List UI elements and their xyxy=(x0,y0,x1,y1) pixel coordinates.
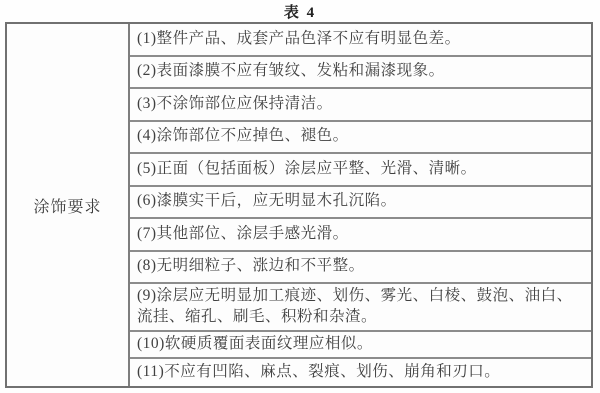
requirement-items-column: (1)整件产品、成套产品色泽不应有明显色差。 (2)表面漆膜不应有皱纹、发粘和漏… xyxy=(130,24,591,386)
table-row: (10)软硬质覆面表面纹理应相似。 xyxy=(130,332,591,359)
requirements-table: 涂饰要求 (1)整件产品、成套产品色泽不应有明显色差。 (2)表面漆膜不应有皱纹… xyxy=(5,22,593,388)
table-row: (5)正面（包括面板）涂层应平整、光滑、清晰。 xyxy=(130,154,591,187)
table-row: (11)不应有凹陷、麻点、裂痕、划伤、崩角和刃口。 xyxy=(130,359,591,386)
table-row: (3)不涂饰部位应保持清洁。 xyxy=(130,89,591,122)
table-row: (2)表面漆膜不应有皱纹、发粘和漏漆现象。 xyxy=(130,57,591,90)
table-row: (6)漆膜实干后，应无明显木孔沉陷。 xyxy=(130,187,591,220)
table-row: (8)无明细粒子、涨边和不平整。 xyxy=(130,252,591,285)
table-caption: 表 4 xyxy=(0,1,600,21)
table-row: (9)涂层应无明显加工痕迹、划伤、雾光、白棱、鼓泡、油白、流挂、缩孔、刷毛、积粉… xyxy=(130,284,591,332)
table-row: (1)整件产品、成套产品色泽不应有明显色差。 xyxy=(130,24,591,57)
document-page: 表 4 涂饰要求 (1)整件产品、成套产品色泽不应有明显色差。 (2)表面漆膜不… xyxy=(0,0,600,393)
table-row: (7)其他部位、涂层手感光滑。 xyxy=(130,219,591,252)
row-header-cell: 涂饰要求 xyxy=(7,24,130,386)
table-row: (4)涂饰部位不应掉色、褪色。 xyxy=(130,122,591,155)
